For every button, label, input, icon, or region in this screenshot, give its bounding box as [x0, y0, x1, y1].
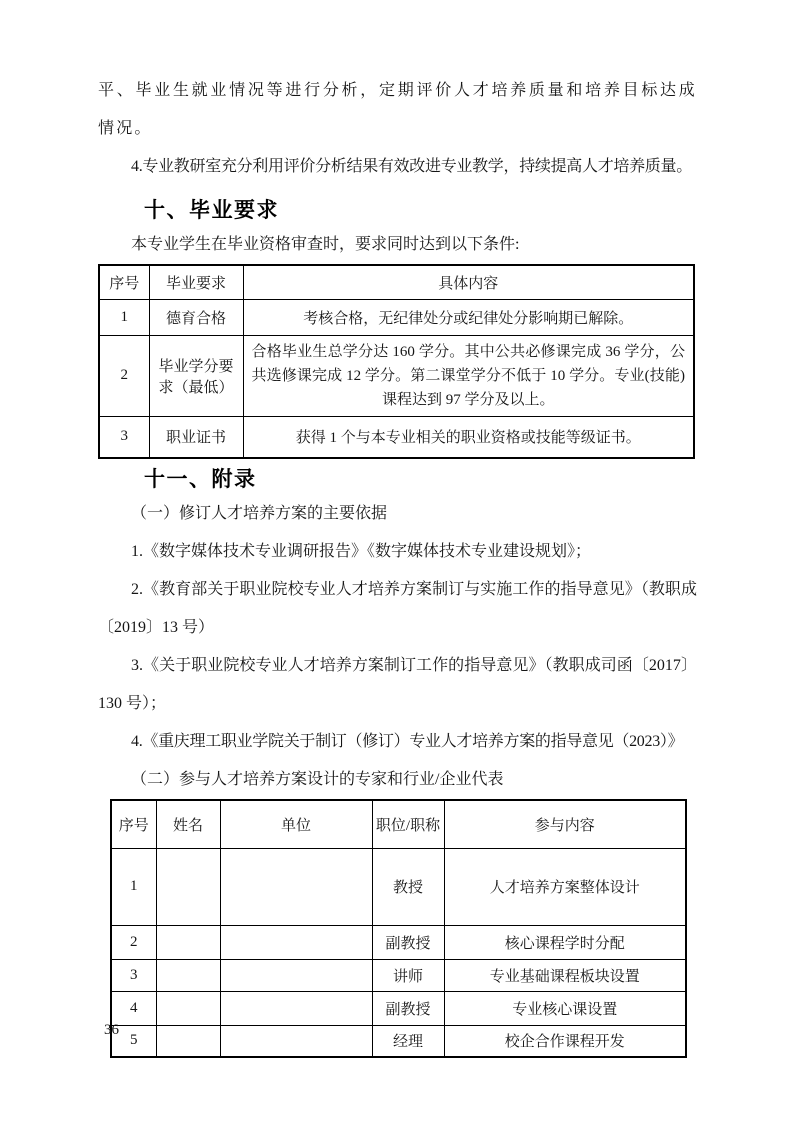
cell-no: 1 — [111, 848, 156, 925]
cell-requirement: 职业证书 — [149, 416, 243, 458]
reference-item: 1.《数字媒体技术专业调研报告》《数字媒体技术专业建设规划》； — [98, 533, 697, 571]
cell-no: 2 — [99, 335, 149, 416]
document-page: 平、毕业生就业情况等进行分析，定期评价人才培养质量和培养目标达成情况。 4.专业… — [0, 0, 793, 1122]
table-row: 1 德育合格 考核合格，无纪律处分或纪律处分影响期已解除。 — [99, 299, 694, 335]
cell-unit — [220, 991, 372, 1025]
header-cell-detail: 具体内容 — [243, 265, 694, 299]
reference-item: 3.《关于职业院校专业人才培养方案制订工作的指导意见》（教职成司函〔2017〕1… — [98, 647, 697, 723]
cell-no: 1 — [99, 299, 149, 335]
cell-detail: 获得 1 个与本专业相关的职业资格或技能等级证书。 — [243, 416, 694, 458]
header-cell-content: 参与内容 — [444, 800, 686, 848]
header-cell-name: 姓名 — [156, 800, 220, 848]
cell-unit — [220, 959, 372, 991]
header-cell-title: 职位/职称 — [372, 800, 444, 848]
cell-unit — [220, 848, 372, 925]
section-10-heading: 十、毕业要求 — [144, 196, 697, 226]
cell-title: 经理 — [372, 1025, 444, 1057]
header-cell-requirement: 毕业要求 — [149, 265, 243, 299]
cell-content: 专业基础课程板块设置 — [444, 959, 686, 991]
cell-content: 校企合作课程开发 — [444, 1025, 686, 1057]
cell-no: 3 — [111, 959, 156, 991]
section-10-intro: 本专业学生在毕业资格审查时，要求同时达到以下条件: — [98, 226, 697, 264]
table-row: 2 毕业学分要求（最低） 合格毕业生总学分达 160 学分。其中公共必修课完成 … — [99, 335, 694, 416]
page-number: 36 — [104, 1022, 119, 1039]
table-row: 3 讲师 专业基础课程板块设置 — [111, 959, 686, 991]
table-header-row: 序号 姓名 单位 职位/职称 参与内容 — [111, 800, 686, 848]
cell-name — [156, 925, 220, 959]
page-content: 平、毕业生就业情况等进行分析，定期评价人才培养质量和培养目标达成情况。 4.专业… — [98, 72, 697, 1058]
cell-title: 副教授 — [372, 925, 444, 959]
cell-title: 讲师 — [372, 959, 444, 991]
cell-requirement: 德育合格 — [149, 299, 243, 335]
reference-item: 2.《教育部关于职业院校专业人才培养方案制订与实施工作的指导意见》（教职成〔20… — [98, 571, 697, 647]
cell-unit — [220, 925, 372, 959]
table-row: 3 职业证书 获得 1 个与本专业相关的职业资格或技能等级证书。 — [99, 416, 694, 458]
header-cell-unit: 单位 — [220, 800, 372, 848]
cell-detail: 考核合格，无纪律处分或纪律处分影响期已解除。 — [243, 299, 694, 335]
paragraph-item-4: 4.专业教研室充分利用评价分析结果有效改进专业教学，持续提高人才培养质量。 — [98, 148, 697, 186]
cell-title: 教授 — [372, 848, 444, 925]
cell-content: 人才培养方案整体设计 — [444, 848, 686, 925]
cell-detail: 合格毕业生总学分达 160 学分。其中公共必修课完成 36 学分，公共选修课完成… — [243, 335, 694, 416]
cell-unit — [220, 1025, 372, 1057]
cell-no: 3 — [99, 416, 149, 458]
cell-name — [156, 848, 220, 925]
experts-table: 序号 姓名 单位 职位/职称 参与内容 1 教授 人才培养方案整体设计 2 — [110, 799, 687, 1058]
section-11-heading: 十一、附录 — [144, 465, 697, 495]
cell-name — [156, 959, 220, 991]
paragraph-continuation: 平、毕业生就业情况等进行分析，定期评价人才培养质量和培养目标达成情况。 — [98, 72, 697, 148]
cell-no: 4 — [111, 991, 156, 1025]
table-row: 2 副教授 核心课程学时分配 — [111, 925, 686, 959]
table-header-row: 序号 毕业要求 具体内容 — [99, 265, 694, 299]
cell-no: 2 — [111, 925, 156, 959]
cell-title: 副教授 — [372, 991, 444, 1025]
cell-name — [156, 1025, 220, 1057]
cell-content: 核心课程学时分配 — [444, 925, 686, 959]
graduation-requirements-table: 序号 毕业要求 具体内容 1 德育合格 考核合格，无纪律处分或纪律处分影响期已解… — [98, 264, 695, 459]
table-row: 1 教授 人才培养方案整体设计 — [111, 848, 686, 925]
reference-item: 4.《重庆理工职业学院关于制订（修订）专业人才培养方案的指导意见（2023）》 — [98, 723, 697, 761]
subsection-1-heading: （一）修订人才培养方案的主要依据 — [98, 495, 697, 533]
subsection-2-heading: （二）参与人才培养方案设计的专家和行业/企业代表 — [98, 761, 697, 799]
header-cell-no: 序号 — [99, 265, 149, 299]
cell-requirement: 毕业学分要求（最低） — [149, 335, 243, 416]
cell-content: 专业核心课设置 — [444, 991, 686, 1025]
table-row: 4 副教授 专业核心课设置 — [111, 991, 686, 1025]
header-cell-no: 序号 — [111, 800, 156, 848]
table-row: 5 经理 校企合作课程开发 — [111, 1025, 686, 1057]
cell-name — [156, 991, 220, 1025]
